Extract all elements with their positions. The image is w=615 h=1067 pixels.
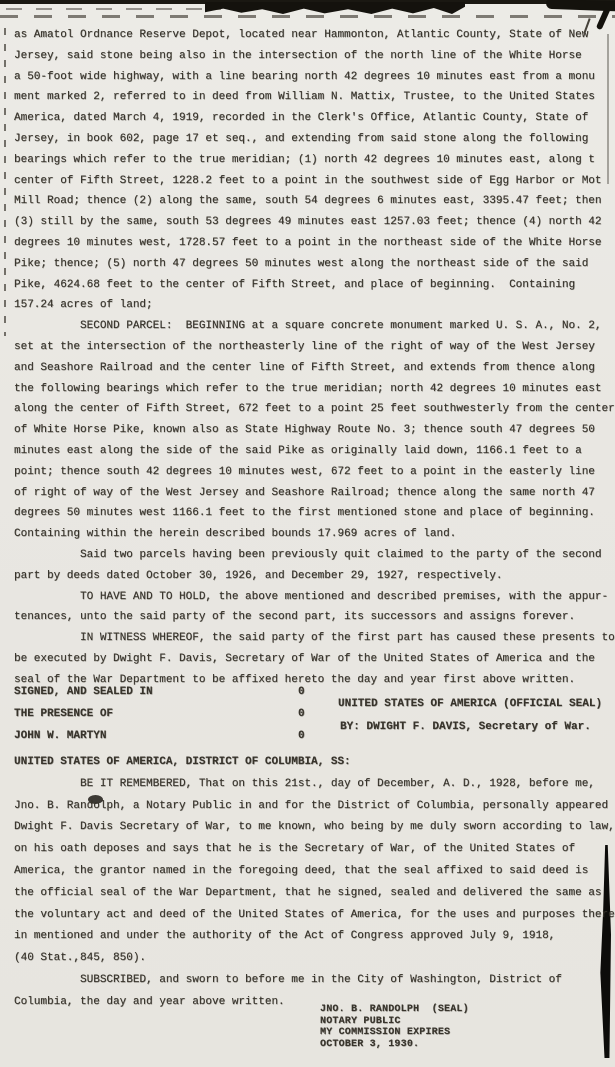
document-line: 157.24 acres of land; <box>14 295 615 316</box>
execution-block: SIGNED, AND SEALED IN THE PRESENCE OF JO… <box>14 686 615 754</box>
scan-artifact-dashed-rule <box>0 15 615 18</box>
scan-artifact-top-dashes-left <box>6 8 221 10</box>
document-line: ment marked 2, referred to in deed from … <box>14 87 615 108</box>
document-line: point; thence south 42 degrees 10 minute… <box>14 462 615 483</box>
document-line: Jersey, in book 602, page 17 et seq., an… <box>14 129 615 150</box>
document-line: degrees 50 minutes west 1166.1 feet to t… <box>14 503 615 524</box>
document-line: in mentioned and under the authority of … <box>14 926 615 948</box>
document-line: SECOND PARCEL: BEGINNING at a square con… <box>14 316 615 337</box>
document-line: of right of way of the West Jersey and S… <box>14 483 615 504</box>
document-line: on his oath deposes and says that he is … <box>14 839 615 861</box>
document-line: the voluntary act and deed of the United… <box>14 905 615 927</box>
document-line: be executed by Dwight F. Davis, Secretar… <box>14 649 615 670</box>
document-line: degrees 10 minutes west, 1728.57 feet to… <box>14 233 615 254</box>
witness-line: THE PRESENCE OF <box>14 708 113 720</box>
document-line: TO HAVE AND TO HOLD, the above mentioned… <box>14 587 615 608</box>
document-line: Pike, 4624.68 feet to the center of Fift… <box>14 275 615 296</box>
document-line: part by deeds dated October 30, 1926, an… <box>14 566 615 587</box>
notary-line: NOTARY PUBLIC <box>320 1016 469 1028</box>
grantor-seal-line: UNITED STATES OF AMERICA (OFFICIAL SEAL) <box>338 698 602 710</box>
document-line: America, the grantor named in the forego… <box>14 861 615 883</box>
document-line: Mill Road; thence (2) along the same, so… <box>14 191 615 212</box>
document-line: tenances, unto the said party of the sec… <box>14 607 615 628</box>
document-line: as Amatol Ordnance Reserve Depot, locate… <box>14 25 615 46</box>
document-line: set at the intersection of the northeast… <box>14 337 615 358</box>
brace-mark: 0 <box>298 686 305 698</box>
witness-signature: JOHN W. MARTYN <box>14 730 106 742</box>
document-line: UNITED STATES OF AMERICA, DISTRICT OF CO… <box>14 752 615 774</box>
scanned-deed-page: as Amatol Ordnance Reserve Depot, locate… <box>0 0 615 1067</box>
acknowledgment-text: UNITED STATES OF AMERICA, DISTRICT OF CO… <box>14 752 615 1014</box>
document-line: (40 Stat.,845, 850). <box>14 948 615 970</box>
document-line: of White Horse Pike, known also as State… <box>14 420 615 441</box>
scan-artifact-top-smudge <box>205 2 465 14</box>
document-line: Jno. B. Randolph, a Notary Public in and… <box>14 796 615 818</box>
document-line: the following bearings which refer to th… <box>14 379 615 400</box>
document-line: Jersey, said stone being also in the int… <box>14 46 615 67</box>
document-line: BE IT REMEMBERED, That on this 21st., da… <box>14 774 615 796</box>
notary-block: JNO. B. RANDOLPH (SEAL)NOTARY PUBLICMY C… <box>320 1004 469 1050</box>
scan-artifact-left-edge-dashes <box>4 28 6 336</box>
notary-line: JNO. B. RANDOLPH (SEAL) <box>320 1004 469 1016</box>
brace-mark: 0 <box>298 708 305 720</box>
document-line: minutes east along the side of the said … <box>14 441 615 462</box>
document-line: a 50-foot wide highway, with a line bear… <box>14 67 615 88</box>
notary-line: MY COMMISSION EXPIRES <box>320 1027 469 1039</box>
notary-line: OCTOBER 3, 1930. <box>320 1039 469 1051</box>
document-line: Columbia, the day and year above written… <box>14 992 615 1014</box>
deed-body-text: as Amatol Ordnance Reserve Depot, locate… <box>14 25 615 691</box>
document-line: America, dated March 4, 1919, recorded i… <box>14 108 615 129</box>
document-line: along the center of Fifth Street, 672 fe… <box>14 399 615 420</box>
document-line: IN WITNESS WHEREOF, the said party of th… <box>14 628 615 649</box>
document-line: and Seashore Railroad and the center lin… <box>14 358 615 379</box>
document-line: Dwight F. Davis Secretary of War, to me … <box>14 817 615 839</box>
document-line: Containing within the herein described b… <box>14 524 615 545</box>
brace-mark: 0 <box>298 730 305 742</box>
document-line: bearings which refer to the true meridia… <box>14 150 615 171</box>
document-line: Said two parcels having been previously … <box>14 545 615 566</box>
grantor-signature-line: BY: DWIGHT F. DAVIS, Secretary of War. <box>340 721 591 733</box>
document-line: center of Fifth Street, 1228.2 feet to a… <box>14 171 615 192</box>
document-line: Pike; thence; (5) north 47 degrees 50 mi… <box>14 254 615 275</box>
document-line: SUBSCRIBED, and sworn to before me in th… <box>14 970 615 992</box>
witness-line: SIGNED, AND SEALED IN <box>14 686 153 698</box>
document-line: (3) still by the same, south 53 degrees … <box>14 212 615 233</box>
document-line: the official seal of the War Department,… <box>14 883 615 905</box>
